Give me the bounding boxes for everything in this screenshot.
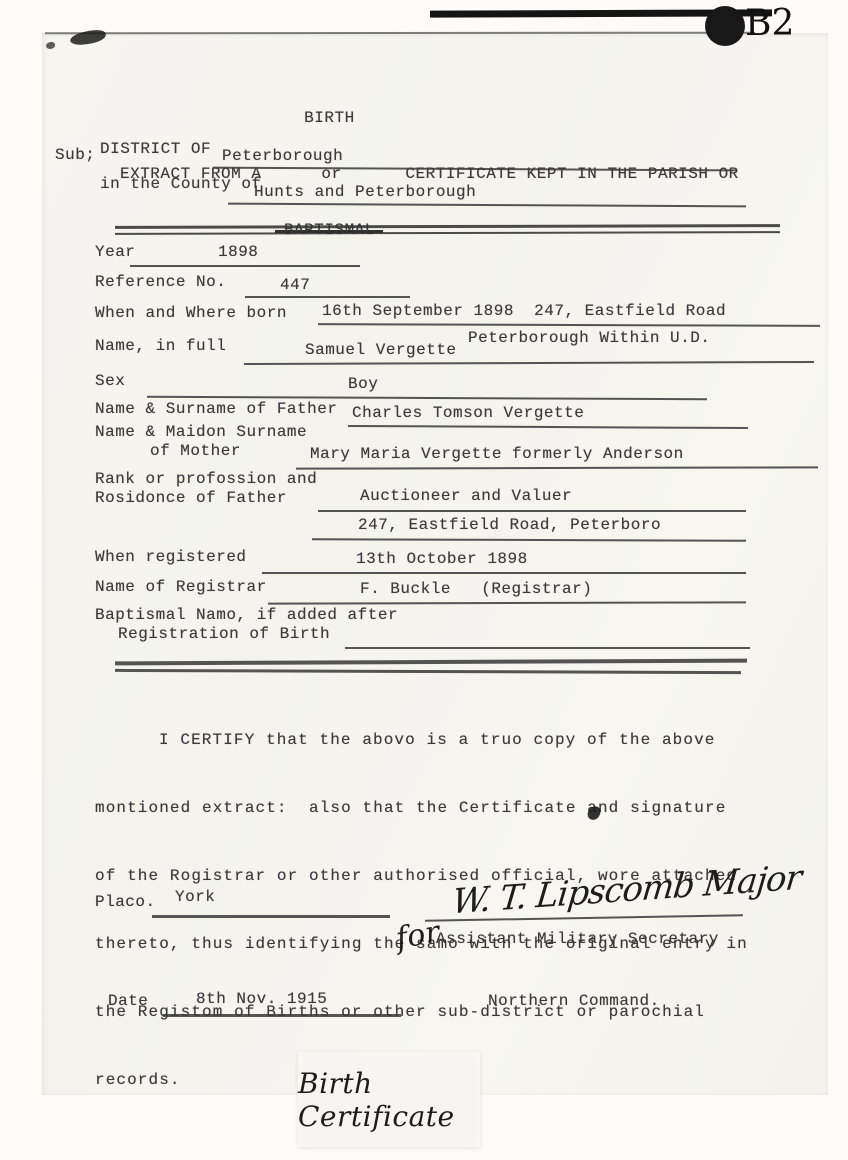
mother-label-line1: Name & Maidon Surname (95, 423, 307, 441)
date-value: 8th Nov. 1915 (196, 990, 327, 1008)
certification-line-2: montioned extract: also that the Certifi… (95, 792, 748, 824)
registered-label: When registered (95, 548, 247, 566)
father-label: Name & Surname of Father (95, 400, 337, 418)
scanned-birth-certificate: B2 EXTRACT FROM A BIRTH or BAPTISMAL CER… (0, 0, 848, 1160)
place-underline (152, 915, 390, 918)
name-label: Name, in full (95, 337, 226, 355)
document-heading: EXTRACT FROM A BIRTH or BAPTISMAL CERTIF… (120, 72, 739, 276)
certification-line-1: I CERTIFY that the abovo is a truo copy … (95, 724, 748, 756)
born-value-continued: Peterborough Within U.D. (468, 329, 710, 347)
year-value: 1898 (218, 243, 258, 261)
place-label: Placo. (95, 893, 156, 911)
reference-label: Reference No. (95, 273, 226, 291)
registrar-label: Name of Registrar (95, 578, 267, 596)
sex-label: Sex (95, 372, 125, 390)
county-label: in the County of (100, 175, 262, 193)
rank-underline (318, 510, 746, 512)
registered-underline (262, 572, 746, 574)
bottom-label-card: Birth Certificate (298, 1052, 480, 1147)
registrar-value: F. Buckle (Registrar) (360, 580, 592, 598)
date-label: Date (108, 992, 148, 1010)
place-value: York (175, 888, 215, 906)
registered-value: 13th October 1898 (356, 550, 528, 568)
sub-prefix: Sub; (55, 146, 95, 164)
heading-certificate-type-options: BIRTH or BAPTISMAL (275, 72, 383, 276)
county-value: Hunts and Peterborough (254, 183, 476, 201)
rank-label-line1: Rank or profossion and (95, 470, 317, 488)
father-value: Charles Tomson Vergette (352, 404, 584, 422)
district-label: DISTRICT OF (100, 140, 211, 158)
reference-value: 447 (280, 276, 310, 294)
name-value: Samuel Vergette (305, 341, 457, 359)
reference-underline (245, 296, 410, 298)
bottom-label-text: Birth Certificate (298, 1067, 480, 1133)
born-value: 16th September 1898 247, Eastfield Road (322, 302, 726, 320)
rank-label-line2: Rosidonce of Father (95, 489, 287, 507)
corner-mark-label: B2 (745, 6, 794, 42)
baptismal-underline (345, 647, 750, 649)
baptismal-label-line1: Baptismal Namo, if added after (95, 606, 398, 624)
attestation-title: Assistant Military Secretary (436, 930, 719, 948)
sex-value: Boy (348, 375, 378, 393)
rank-value-line2: 247, Eastfield Road, Peterboro (358, 516, 661, 534)
filled-circle-icon (705, 6, 745, 46)
date-underline (163, 1014, 401, 1017)
district-value: Peterborough (222, 147, 343, 165)
heading-option-birth: BIRTH (275, 108, 383, 128)
year-underline (130, 265, 360, 267)
baptismal-label-line2: Registration of Birth (118, 625, 330, 643)
mother-value: Mary Maria Vergette formerly Anderson (310, 445, 684, 463)
section-divider-top (115, 224, 780, 235)
corner-mark-b2: B2 (705, 6, 794, 46)
born-label: When and Where born (95, 304, 287, 322)
mother-label-line2: of Mother (150, 442, 241, 460)
command-text: Northern Command. (488, 992, 660, 1010)
rank-value: Auctioneer and Valuer (360, 487, 572, 505)
year-label: Year (95, 243, 135, 261)
attestation-for-script: for (393, 914, 442, 956)
